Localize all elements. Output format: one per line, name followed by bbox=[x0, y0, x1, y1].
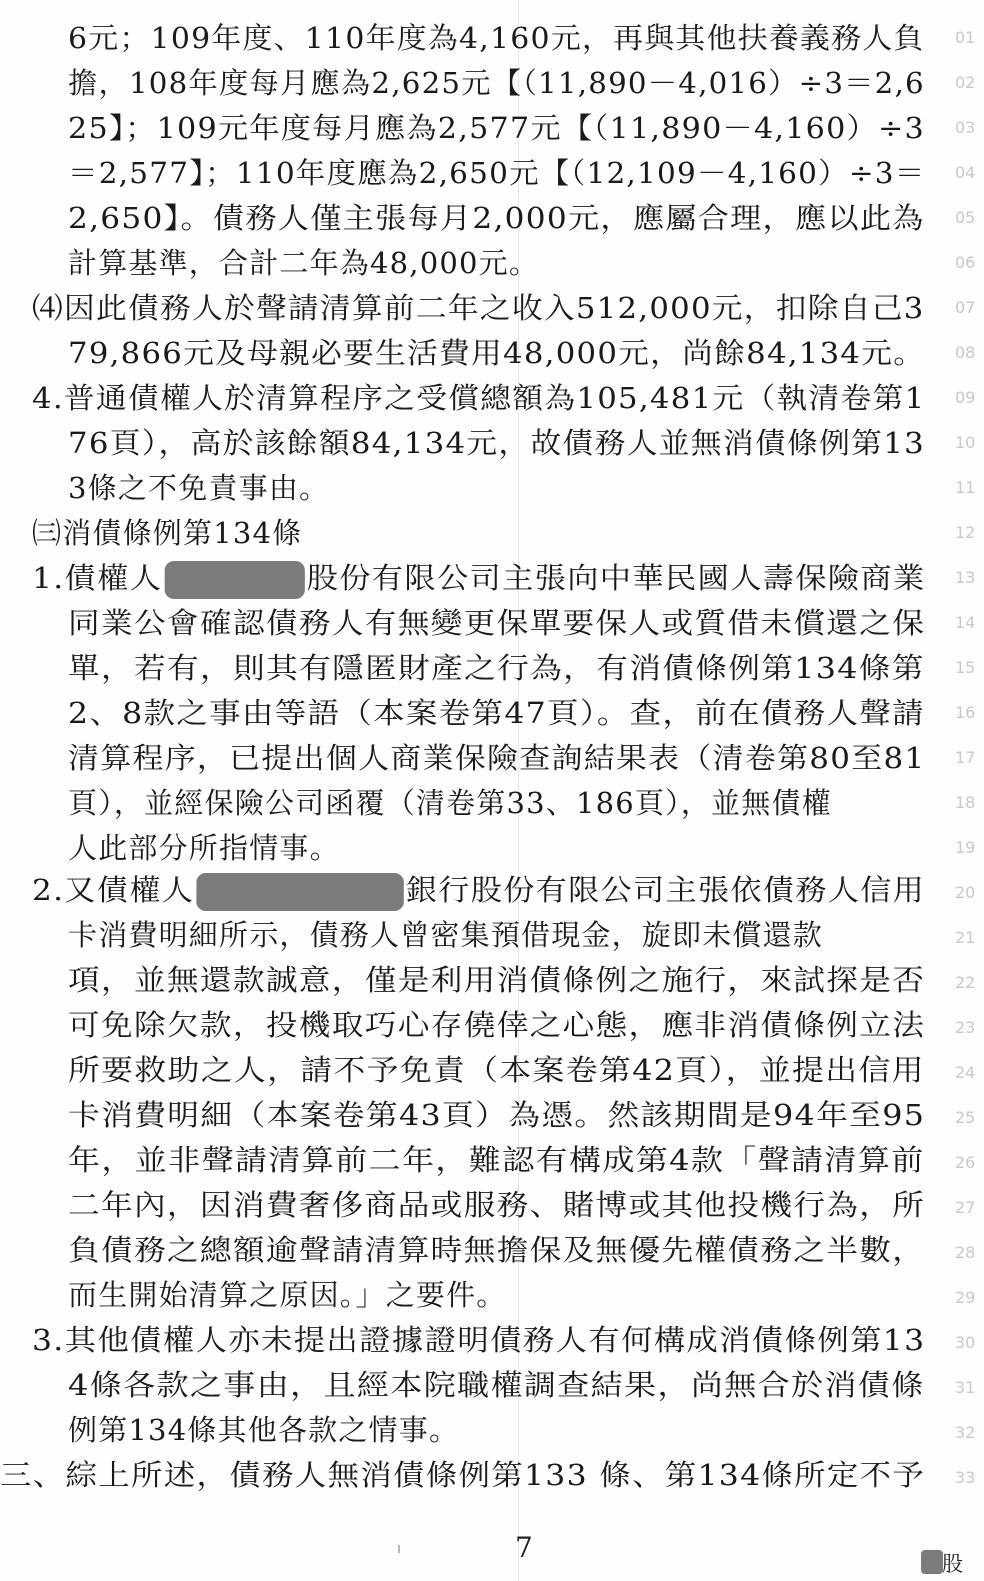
margin-line-number: 16 bbox=[955, 703, 984, 723]
text-line: 3.其他債權人亦未提出證據證明債務人有何構成消債條例第13 bbox=[32, 1322, 925, 1358]
text-segment: 銀行股份有限公司主張依債務人信用 bbox=[406, 873, 925, 907]
redaction-box bbox=[196, 873, 403, 911]
item-2-first-line: 2.又債權人銀行股份有限公司主張依債務人信用 bbox=[32, 872, 925, 908]
margin-line-number: 28 bbox=[955, 1243, 984, 1263]
text-segment: 股份有限公司主張向中華民國人壽保險商業 bbox=[307, 561, 926, 595]
item-1-first-line: 1.債權人股份有限公司主張向中華民國人壽保險商業 bbox=[32, 560, 926, 596]
margin-line-number: 10 bbox=[955, 433, 984, 453]
margin-line-number: 26 bbox=[955, 1153, 984, 1173]
text-line: 同業公會確認債務人有無變更保單要保人或質借未償還之保 bbox=[68, 605, 925, 641]
margin-line-number: 03 bbox=[955, 118, 984, 138]
text-line: 25】；109元年度每月應為2,577元【（11,890－4,160）÷3 bbox=[68, 110, 925, 146]
margin-line-number: 33 bbox=[955, 1468, 984, 1488]
margin-line-number: 24 bbox=[955, 1063, 984, 1083]
margin-line-number: 04 bbox=[955, 163, 984, 183]
text-line: 2,650】。債務人僅主張每月2,000元，應屬合理，應以此為 bbox=[68, 200, 925, 236]
text-line: 計算基準，合計二年為48,000元。 bbox=[68, 245, 539, 281]
margin-line-number: 05 bbox=[955, 208, 984, 228]
division-label: 股 bbox=[942, 1548, 963, 1578]
text-line: 76頁），高於該餘額84,134元，故債務人並無消債條例第13 bbox=[68, 425, 925, 461]
page-number: 7 bbox=[515, 1531, 533, 1564]
margin-line-number: 32 bbox=[955, 1423, 984, 1443]
text-segment: 2.又債權人 bbox=[32, 873, 194, 907]
text-line: 清算程序，已提出個人商業保險查詢結果表（清卷第80至81 bbox=[68, 740, 925, 776]
text-line: 負債務之總額逾聲請清算時無擔保及無優先權債務之半數， bbox=[68, 1232, 925, 1268]
margin-line-number: 01 bbox=[955, 28, 984, 48]
text-line: 三、綜上所述，債務人無消債條例第133 條、第134條所定不予 bbox=[0, 1457, 925, 1493]
margin-line-number: 30 bbox=[955, 1333, 984, 1353]
text-line: 可免除欠款，投機取巧心存僥倖之心態，應非消債條例立法 bbox=[68, 1007, 925, 1043]
margin-line-number: 20 bbox=[955, 883, 984, 903]
margin-line-number: 07 bbox=[955, 298, 984, 318]
text-line: 項，並無還款誠意，僅是利用消債條例之施行，來試探是否 bbox=[68, 962, 925, 998]
margin-line-number: 17 bbox=[955, 748, 984, 768]
text-line: 2、8款之事由等語（本案卷第47頁）。查，前在債務人聲請 bbox=[68, 695, 925, 731]
redaction-box bbox=[164, 561, 304, 599]
margin-line-number: 13 bbox=[955, 568, 984, 588]
margin-line-number: 08 bbox=[955, 343, 984, 363]
text-line: 3條之不免責事由。 bbox=[68, 470, 329, 506]
margin-line-number: 27 bbox=[955, 1198, 984, 1218]
redaction-box bbox=[921, 1550, 943, 1574]
text-line: ㈢消債條例第134條 bbox=[32, 515, 302, 551]
text-line: 4.普通債權人於清算程序之受償總額為105,481元（執清卷第1 bbox=[32, 380, 925, 416]
margin-line-number: 21 bbox=[955, 928, 984, 948]
margin-line-number: 14 bbox=[955, 613, 984, 633]
margin-line-number: 31 bbox=[955, 1378, 984, 1398]
text-segment: 1.債權人 bbox=[32, 561, 162, 595]
text-line: 79,866元及母親必要生活費用48,000元，尚餘84,134元。 bbox=[68, 335, 925, 371]
margin-line-number: 06 bbox=[955, 253, 984, 273]
document-page: 6元；109年度、110年度為4,160元，再與其他扶養義務人負擔，108年度每… bbox=[0, 0, 984, 1581]
text-line: 4條各款之事由，且經本院職權調查結果，尚無合於消債條 bbox=[68, 1367, 925, 1403]
text-line: ⑷因此債務人於聲請清算前二年之收入512,000元，扣除自己3 bbox=[32, 290, 925, 326]
margin-line-number: 25 bbox=[955, 1108, 984, 1128]
margin-line-number: 22 bbox=[955, 973, 984, 993]
margin-line-number: 02 bbox=[955, 73, 984, 93]
scan-mark bbox=[398, 1545, 400, 1553]
text-line: ＝2,577】；110年度應為2,650元【（12,109－4,160）÷3＝ bbox=[68, 155, 925, 191]
text-line: 人此部分所指情事。 bbox=[68, 830, 340, 866]
text-line: 所要救助之人，請不予免責（本案卷第42頁），並提出信用 bbox=[68, 1052, 925, 1088]
margin-line-number: 29 bbox=[955, 1288, 984, 1308]
margin-line-number: 12 bbox=[955, 523, 984, 543]
text-line: 頁），並經保險公司函覆（清卷第33、186頁），並無債權 bbox=[68, 785, 832, 821]
text-line: 擔，108年度每月應為2,625元【（11,890－4,016）÷3＝2,6 bbox=[68, 65, 925, 101]
text-line: 6元；109年度、110年度為4,160元，再與其他扶養義務人負 bbox=[68, 20, 925, 56]
text-line: 年，並非聲請清算前二年，難認有構成第4款「聲請清算前 bbox=[68, 1142, 925, 1178]
margin-line-number: 09 bbox=[955, 388, 984, 408]
text-line: 例第134條其他各款之情事。 bbox=[68, 1412, 459, 1448]
margin-line-number: 19 bbox=[955, 838, 984, 858]
text-line: 卡消費明細（本案卷第43頁）為憑。然該期間是94年至95 bbox=[68, 1097, 925, 1133]
margin-line-number: 18 bbox=[955, 793, 984, 813]
text-line: 而生開始清算之原因。」之要件。 bbox=[68, 1277, 507, 1313]
text-line: 卡消費明細所示，債務人曾密集預借現金，旋即未償還款 bbox=[68, 917, 823, 953]
text-line: 二年內，因消費奢侈商品或服務、賭博或其他投機行為，所 bbox=[68, 1187, 925, 1223]
margin-line-number: 23 bbox=[955, 1018, 984, 1038]
margin-line-number: 11 bbox=[955, 478, 984, 498]
margin-line-number: 15 bbox=[955, 658, 984, 678]
text-line: 單，若有，則其有隱匿財產之行為，有消債條例第134條第 bbox=[68, 650, 925, 686]
